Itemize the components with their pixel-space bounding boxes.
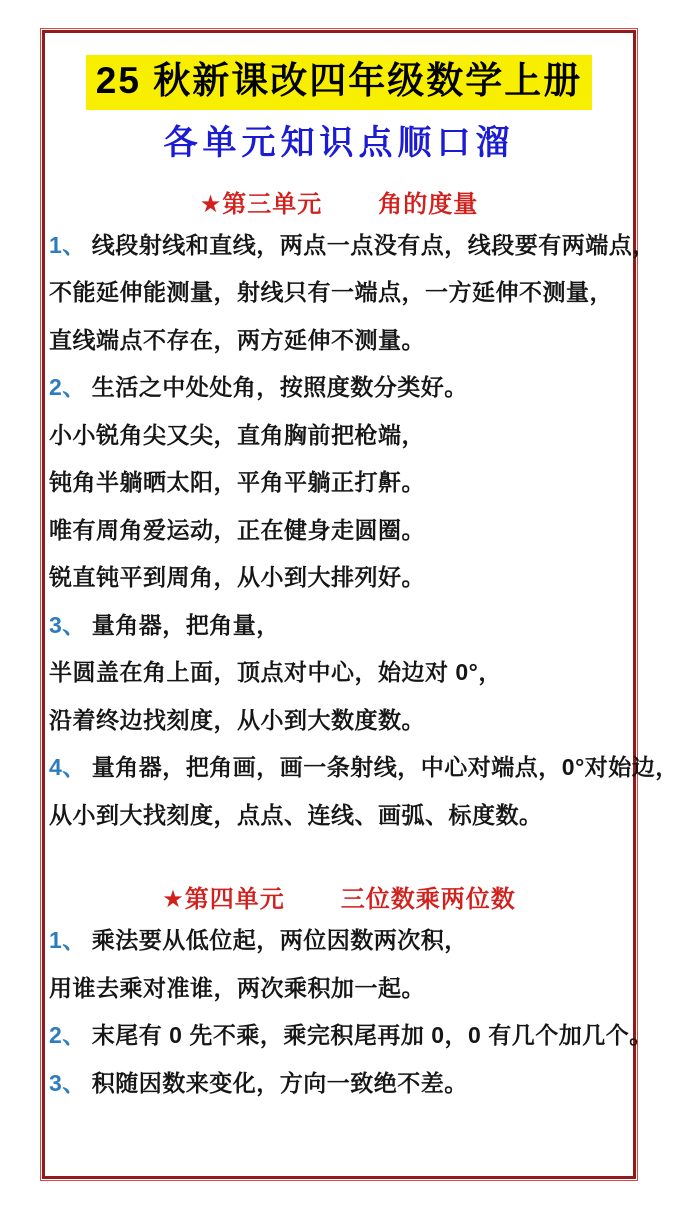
rhyme-line: 锐直钝平到周角，从小到大排列好。 [47,554,631,602]
rhyme-line: 钝角半躺晒太阳，平角平躺正打鼾。 [47,459,631,507]
rhyme-line: 从小到大找刻度，点点、连线、画弧、标度数。 [47,792,631,840]
line-text: 量角器，把角画，画一条射线，中心对端点，0°对始边， [92,754,679,780]
line-text: 小小锐角尖又尖，直角胸前把枪端， [49,422,425,448]
line-text: 不能延伸能测量，射线只有一端点，一方延伸不测量， [49,279,613,305]
rhyme-line: 3、积随因数来变化，方向一致绝不差。 [47,1060,631,1108]
rhyme-line: 用谁去乘对准谁，两次乘积加一起。 [47,965,631,1013]
unit-label: 第三单元 [222,191,322,218]
section-unit-4: ★第四单元三位数乘两位数 1、乘法要从低位起，两位因数两次积， 用谁去乘对准谁，… [47,885,631,1107]
line-number: 4、 [49,754,86,780]
line-text: 唯有周角爱运动，正在健身走圆圈。 [49,517,425,543]
star-icon: ★ [200,191,223,218]
rhyme-line: 沿着终边找刻度，从小到大数度数。 [47,697,631,745]
rhyme-line: 唯有周角爱运动，正在健身走圆圈。 [47,507,631,555]
line-number: 1、 [49,927,86,953]
line-text: 直线端点不存在，两方延伸不测量。 [49,327,425,353]
line-text: 锐直钝平到周角，从小到大排列好。 [49,564,425,590]
line-text: 生活之中处处角，按照度数分类好。 [92,374,468,400]
section-unit-3: ★第三单元角的度量 1、线段射线和直线，两点一点没有点，线段要有两端点， 不能延… [47,190,631,840]
line-text: 末尾有 0 先不乘，乘完积尾再加 0，0 有几个加几个。 [92,1022,653,1048]
rhyme-line: 直线端点不存在，两方延伸不测量。 [47,317,631,365]
line-number: 1、 [49,232,86,258]
section-heading: ★第三单元角的度量 [47,190,631,220]
rhyme-line: 1、线段射线和直线，两点一点没有点，线段要有两端点， [47,222,631,270]
rhyme-line: 3、量角器，把角量， [47,602,631,650]
rhyme-line: 不能延伸能测量，射线只有一端点，一方延伸不测量， [47,269,631,317]
title-row: 25 秋新课改四年级数学上册 [47,55,631,110]
line-text: 线段射线和直线，两点一点没有点，线段要有两端点， [92,232,656,258]
main-title: 25 秋新课改四年级数学上册 [86,55,592,110]
line-text: 沿着终边找刻度，从小到大数度数。 [49,707,425,733]
rhyme-line: 2、生活之中处处角，按照度数分类好。 [47,364,631,412]
subtitle: 各单元知识点顺口溜 [47,115,631,164]
topic-label: 角的度量 [378,191,478,218]
page-border-outer: 25 秋新课改四年级数学上册 各单元知识点顺口溜 ★第三单元角的度量 1、线段射… [40,28,638,1181]
star-icon: ★ [162,886,185,913]
line-number: 3、 [49,612,86,638]
page-border-inner: 25 秋新课改四年级数学上册 各单元知识点顺口溜 ★第三单元角的度量 1、线段射… [42,30,636,1179]
unit-label: 第四单元 [185,886,285,913]
line-number: 2、 [49,1022,86,1048]
line-text: 钝角半躺晒太阳，平角平躺正打鼾。 [49,469,425,495]
line-text: 半圆盖在角上面，顶点对中心，始边对 0°， [49,659,502,685]
rhyme-line: 半圆盖在角上面，顶点对中心，始边对 0°， [47,649,631,697]
rhyme-line: 4、量角器，把角画，画一条射线，中心对端点，0°对始边， [47,744,631,792]
line-text: 量角器，把角量， [92,612,280,638]
line-text: 从小到大找刻度，点点、连线、画弧、标度数。 [49,802,543,828]
topic-label: 三位数乘两位数 [341,886,516,913]
line-text: 用谁去乘对准谁，两次乘积加一起。 [49,975,425,1001]
rhyme-line: 2、末尾有 0 先不乘，乘完积尾再加 0，0 有几个加几个。 [47,1012,631,1060]
line-number: 3、 [49,1070,86,1096]
line-text: 积随因数来变化，方向一致绝不差。 [92,1070,468,1096]
rhyme-line: 1、乘法要从低位起，两位因数两次积， [47,917,631,965]
section-heading: ★第四单元三位数乘两位数 [47,885,631,915]
rhyme-line: 小小锐角尖又尖，直角胸前把枪端， [47,412,631,460]
line-text: 乘法要从低位起，两位因数两次积， [92,927,468,953]
line-number: 2、 [49,374,86,400]
document-page: 25 秋新课改四年级数学上册 各单元知识点顺口溜 ★第三单元角的度量 1、线段射… [0,0,680,1209]
